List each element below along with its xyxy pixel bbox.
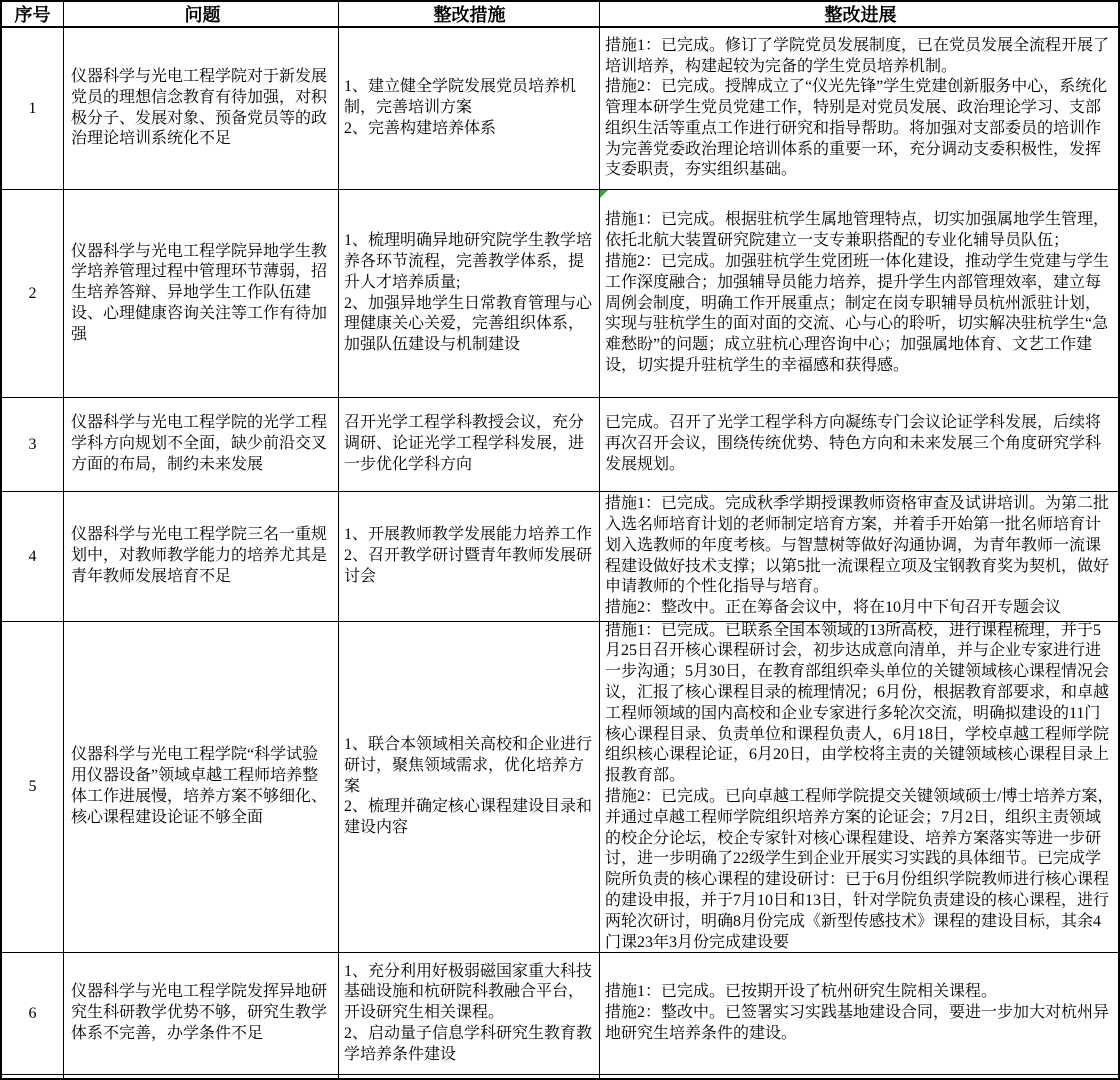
problem-cell: 仪器科学与光电工程学院“科学试验用仪器设备”领域卓越工程师培养整体工作进展慢，培…: [64, 622, 339, 952]
row-number-cell: 5: [2, 622, 64, 952]
measures-text: 召开光学工程学科教授会议，充分调研、论证光学工程学科发展，进一步优化学科方向: [344, 413, 595, 475]
progress-cell: 措施1：已完成。完成秋季学期授课教师资格审查及试讲培训。为第二批入选名师培育计划…: [600, 492, 1118, 621]
measures-cell: 1、建立健全学院发展党员培养机制，完善培训方案 2、完善构建培养体系: [339, 28, 600, 189]
row-number: 1: [29, 100, 37, 118]
measures-cell: [339, 1075, 600, 1078]
problem-text: 仪器科学与光电工程学院三名一重规划中，对教师教学能力的培养尤其是青年教师发展培育…: [71, 525, 334, 587]
progress-cell: 措施1：已完成。已联系全国本领域的13所高校，进行课程梳理，并于5月25日召开核…: [600, 622, 1118, 952]
progress-text: 措施1：已完成。完成秋季学期授课教师资格审查及试讲培训。为第二批入选名师培育计划…: [605, 494, 1116, 619]
progress-cell: 措施1：已完成。根据驻杭学生属地管理特点，切实加强属地学生管理，依托北航大装置研…: [600, 190, 1118, 397]
measures-cell: 1、梳理明确异地研究院学生教学培养各环节流程，完善教学体系，提升人才培养质量; …: [339, 190, 600, 397]
measures-text: 1、梳理明确异地研究院学生教学培养各环节流程，完善教学体系，提升人才培养质量; …: [344, 231, 595, 356]
measures-cell: 1、开展教师教学发展能力培养工作 2、召开教学研讨暨青年教师发展研讨会: [339, 492, 600, 621]
progress-text: 措施1：已完成。根据驻杭学生属地管理特点，切实加强属地学生管理，依托北航大装置研…: [605, 210, 1116, 376]
row-number-cell: 3: [2, 398, 64, 491]
problem-cell: 仪器科学与光电工程学院的光学工程学科方向规划不全面，缺少前沿交叉方面的布局，制约…: [64, 398, 339, 491]
excel-error-flag-triangle-icon: [600, 190, 608, 198]
problem-text: 仪器科学与光电工程学院对于新发展党员的理想信念教育有待加强，对积极分子、发展对象…: [71, 67, 334, 150]
progress-text: 措施1：已完成。修订了学院党员发展制度，已在党员发展全流程开展了培训培养，构建起…: [605, 36, 1116, 182]
progress-text: 措施1：已完成。已联系全国本领域的13所高校，进行课程梳理，并于5月25日召开核…: [605, 622, 1116, 952]
problem-text: 仪器科学与光电工程学院“科学试验用仪器设备”领域卓越工程师培养整体工作进展慢，培…: [71, 745, 334, 828]
table-row-cutoff: [2, 1075, 1118, 1078]
row-number: 6: [29, 1005, 37, 1023]
problem-text: 仪器科学与光电工程学院的光学工程学科方向规划不全面，缺少前沿交叉方面的布局，制约…: [71, 413, 334, 475]
rectification-table: 序号 问题 整改措施 整改进展 1 仪器科学与光电工程学院对于新发展党员的理想信…: [0, 0, 1120, 1080]
table-row: 6 仪器科学与光电工程学院发挥异地研究生科研教学优势不够，研究生教学体系不完善，…: [2, 953, 1118, 1075]
row-number: 5: [29, 778, 37, 796]
table-row: 3 仪器科学与光电工程学院的光学工程学科方向规划不全面，缺少前沿交叉方面的布局，…: [2, 398, 1118, 492]
progress-cell: [600, 1075, 1118, 1078]
header-cell-progress: 整改进展: [600, 2, 1118, 26]
measures-text: 1、充分利用好极弱磁国家重大科技基础设施和杭研院科教融合平台，开设研究生相关课程…: [344, 962, 595, 1066]
row-number: 4: [29, 548, 37, 566]
row-number-cell: 6: [2, 953, 64, 1074]
measures-cell: 召开光学工程学科教授会议，充分调研、论证光学工程学科发展，进一步优化学科方向: [339, 398, 600, 491]
progress-cell: 措施1：已完成。已按期开设了杭州研究生院相关课程。 措施2：整改中。已签署实习实…: [600, 953, 1118, 1074]
progress-cell: 措施1：已完成。修订了学院党员发展制度，已在党员发展全流程开展了培训培养，构建起…: [600, 28, 1118, 189]
problem-cell: 仪器科学与光电工程学院对于新发展党员的理想信念教育有待加强，对积极分子、发展对象…: [64, 28, 339, 189]
row-number: 3: [29, 436, 37, 454]
progress-text: 已完成。召开了光学工程学科方向凝练专门会议论证学科发展，后续将再次召开会议，围绕…: [605, 413, 1116, 475]
measures-cell: 1、联合本领域相关高校和企业进行研讨，聚焦领域需求，优化培养方案 2、梳理并确定…: [339, 622, 600, 952]
problem-text: 仪器科学与光电工程学院异地学生教学培养管理过程中管理环节薄弱，招生培养答辩、异地…: [71, 242, 334, 346]
measures-text: 1、联合本领域相关高校和企业进行研讨，聚焦领域需求，优化培养方案 2、梳理并确定…: [344, 735, 595, 839]
problem-cell: 仪器科学与光电工程学院三名一重规划中，对教师教学能力的培养尤其是青年教师发展培育…: [64, 492, 339, 621]
measures-cell: 1、充分利用好极弱磁国家重大科技基础设施和杭研院科教融合平台，开设研究生相关课程…: [339, 953, 600, 1074]
problem-cell: 仪器科学与光电工程学院异地学生教学培养管理过程中管理环节薄弱，招生培养答辩、异地…: [64, 190, 339, 397]
row-number: 2: [29, 285, 37, 303]
measures-text: 1、建立健全学院发展党员培养机制，完善培训方案 2、完善构建培养体系: [344, 77, 595, 139]
table-row: 1 仪器科学与光电工程学院对于新发展党员的理想信念教育有待加强，对积极分子、发展…: [2, 28, 1118, 190]
problem-cell: 仪器科学与光电工程学院发挥异地研究生科研教学优势不够，研究生教学体系不完善，办学…: [64, 953, 339, 1074]
table-header-row: 序号 问题 整改措施 整改进展: [2, 2, 1118, 28]
table-row: 5 仪器科学与光电工程学院“科学试验用仪器设备”领域卓越工程师培养整体工作进展慢…: [2, 622, 1118, 953]
measures-text: 1、开展教师教学发展能力培养工作 2、召开教学研讨暨青年教师发展研讨会: [344, 525, 595, 587]
row-number-cell: 4: [2, 492, 64, 621]
header-cell-measures: 整改措施: [339, 2, 600, 26]
table-row: 2 仪器科学与光电工程学院异地学生教学培养管理过程中管理环节薄弱，招生培养答辩、…: [2, 190, 1118, 398]
problem-cell: [64, 1075, 339, 1078]
row-number-cell: [2, 1075, 64, 1078]
progress-text: 措施1：已完成。已按期开设了杭州研究生院相关课程。 措施2：整改中。已签署实习实…: [605, 982, 1116, 1044]
table-row: 4 仪器科学与光电工程学院三名一重规划中，对教师教学能力的培养尤其是青年教师发展…: [2, 492, 1118, 622]
header-cell-no: 序号: [2, 2, 64, 26]
header-cell-problem: 问题: [64, 2, 339, 26]
row-number-cell: 1: [2, 28, 64, 189]
problem-text: 仪器科学与光电工程学院发挥异地研究生科研教学优势不够，研究生教学体系不完善，办学…: [71, 982, 334, 1044]
progress-cell: 已完成。召开了光学工程学科方向凝练专门会议论证学科发展，后续将再次召开会议，围绕…: [600, 398, 1118, 491]
row-number-cell: 2: [2, 190, 64, 397]
